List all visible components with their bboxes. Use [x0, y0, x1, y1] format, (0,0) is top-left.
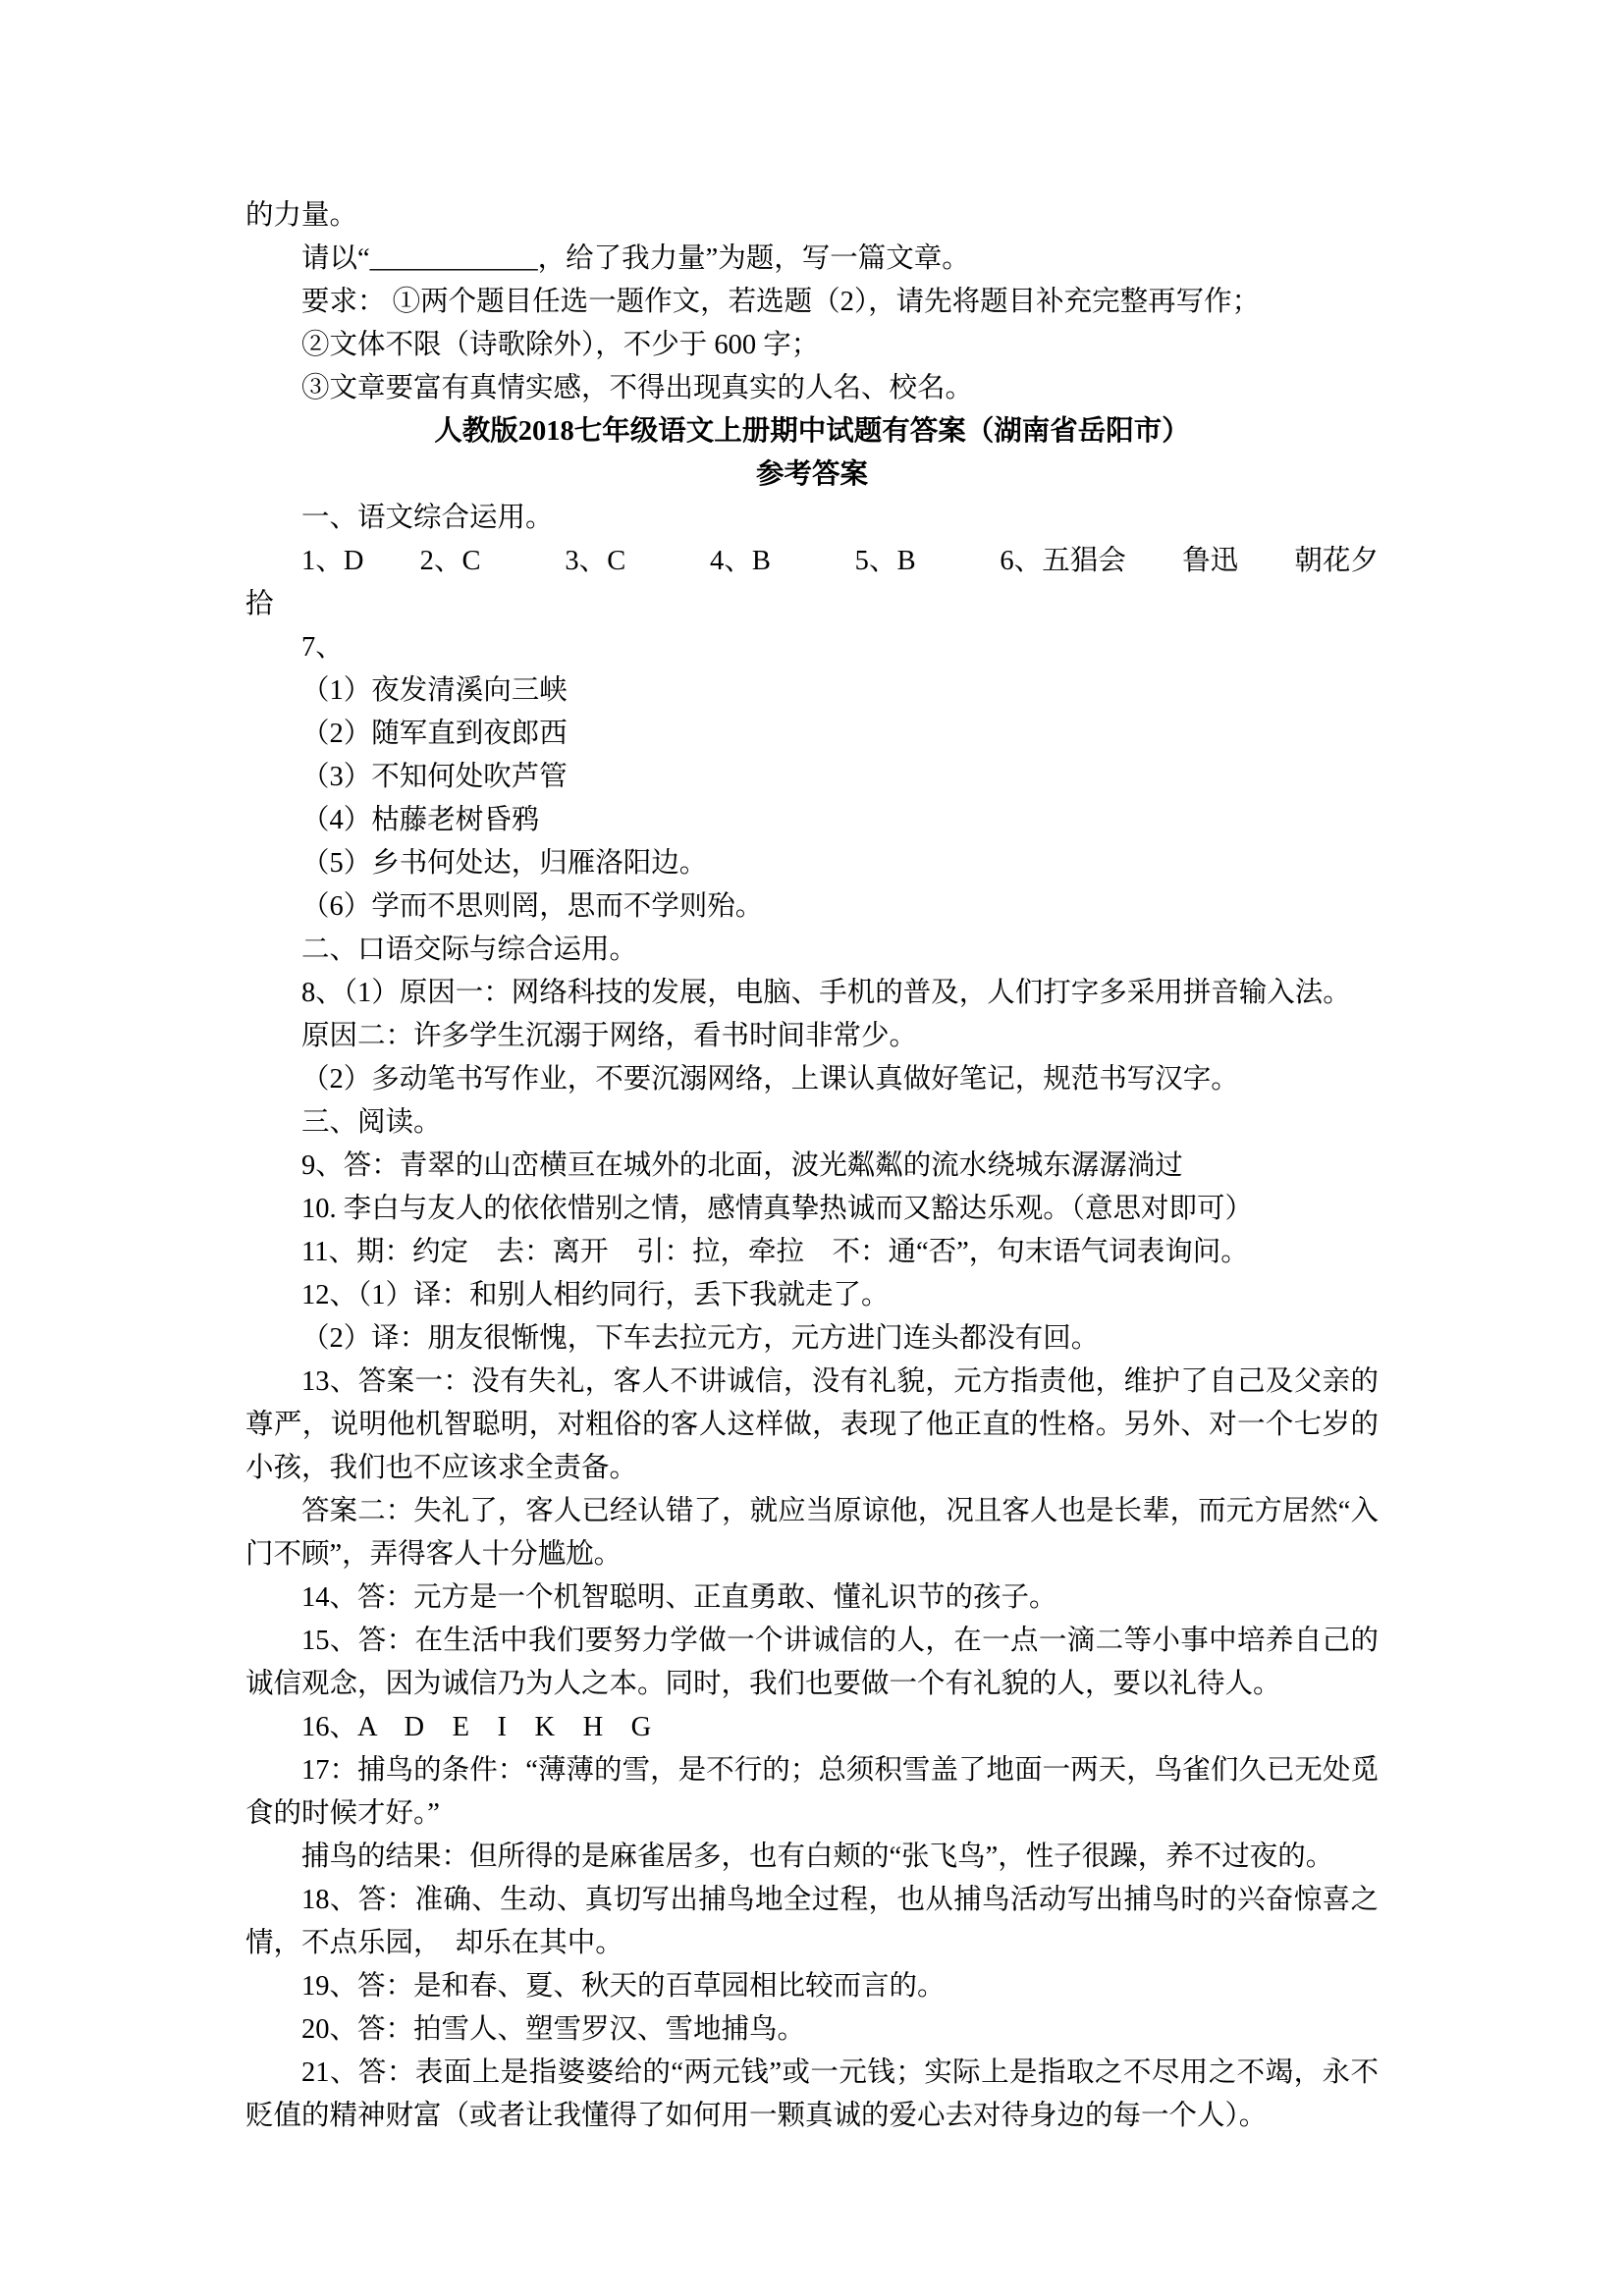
answer-line: （4）枯藤老树昏鸦	[245, 799, 1379, 842]
answer-line: 答案二：失礼了，客人已经认错了，就应当原谅他，况且客人也是长辈，而元方居然“入门…	[245, 1490, 1379, 1576]
answer-line: （1）夜发清溪向三峡	[245, 669, 1379, 713]
essay-requirement: ③文章要富有真情实感，不得出现真实的人名、校名。	[245, 367, 1379, 410]
essay-requirement: 要求： ①两个题目任选一题作文，若选题（2），请先将题目补充完整再写作；	[245, 281, 1379, 324]
answer-line: （2）多动笔书写作业，不要沉溺网络，上课认真做好笔记，规范书写汉字。	[245, 1058, 1379, 1101]
answer-line: 17：捕鸟的条件：“薄薄的雪，是不行的；总须积雪盖了地面一两天，鸟雀们久已无处觅…	[245, 1749, 1379, 1836]
answer-line: 14、答：元方是一个机智聪明、正直勇敢、懂礼识节的孩子。	[245, 1576, 1379, 1620]
answer-line: （6）学而不思则罔，思而不学则殆。	[245, 885, 1379, 929]
essay-requirement: ②文体不限（诗歌除外），不少于 600 字；	[245, 324, 1379, 367]
answer-line: 9、答：青翠的山峦横亘在城外的北面，波光粼粼的流水绕城东潺潺淌过	[245, 1145, 1379, 1188]
answer-line: 11、期：约定 去：离开 引：拉，牵拉 不：通“否”，句末语气词表询问。	[245, 1231, 1379, 1274]
answer-line: 原因二：许多学生沉溺于网络，看书时间非常少。	[245, 1015, 1379, 1058]
answer-line: （2）随军直到夜郎西	[245, 713, 1379, 756]
essay-prompt: 请以“____________，给了我力量”为题，写一篇文章。	[245, 238, 1379, 281]
doc-title: 人教版2018七年级语文上册期中试题有答案（湖南省岳阳市）	[245, 410, 1379, 454]
answer-line: 15、答：在生活中我们要努力学做一个讲诚信的人，在一点一滴二等小事中培养自己的诚…	[245, 1620, 1379, 1706]
answer-line: 1、D 2、C 3、C 4、B 5、B 6、五猖会 鲁迅 朝花夕拾	[245, 540, 1379, 626]
answer-line: 7、	[245, 626, 1379, 669]
answer-line: 16、A D E I K H G	[245, 1706, 1379, 1749]
answer-line: 8、（1）原因一：网络科技的发展，电脑、手机的普及，人们打字多采用拼音输入法。	[245, 972, 1379, 1015]
answer-line: 10. 李白与友人的依依惜别之情，感情真挚热诚而又豁达乐观。（意思对即可）	[245, 1188, 1379, 1231]
answer-line: 18、答：准确、生动、真切写出捕鸟地全过程，也从捕鸟活动写出捕鸟时的兴奋惊喜之情…	[245, 1879, 1379, 1965]
answer-line: 19、答：是和春、夏、秋天的百草园相比较而言的。	[245, 1965, 1379, 2008]
answer-line: 21、答：表面上是指婆婆给的“两元钱”或一元钱；实际上是指取之不尽用之不竭，永不…	[245, 2052, 1379, 2138]
answer-key-heading: 参考答案	[245, 454, 1379, 497]
section-heading: 二、口语交际与综合运用。	[245, 929, 1379, 972]
answer-line: （3）不知何处吹芦管	[245, 756, 1379, 799]
answer-line: （2）译：朋友很惭愧，下车去拉元方，元方进门连头都没有回。	[245, 1317, 1379, 1361]
answer-line: 20、答：拍雪人、塑雪罗汉、雪地捕鸟。	[245, 2008, 1379, 2052]
document-page: 的力量。请以“____________，给了我力量”为题，写一篇文章。要求： ①…	[0, 0, 1624, 2296]
answer-line: 12、（1）译：和别人相约同行，丢下我就走了。	[245, 1274, 1379, 1317]
answer-line: 捕鸟的结果：但所得的是麻雀居多，也有白颊的“张飞鸟”，性子很躁，养不过夜的。	[245, 1836, 1379, 1879]
document-body: 的力量。请以“____________，给了我力量”为题，写一篇文章。要求： ①…	[245, 194, 1379, 2138]
section-heading: 三、阅读。	[245, 1101, 1379, 1145]
answer-line: 13、答案一：没有失礼，客人不讲诚信，没有礼貌，元方指责他，维护了自己及父亲的尊…	[245, 1361, 1379, 1490]
continuation-text: 的力量。	[245, 194, 1379, 238]
section-heading: 一、语文综合运用。	[245, 497, 1379, 540]
answer-line: （5）乡书何处达，归雁洛阳边。	[245, 842, 1379, 885]
